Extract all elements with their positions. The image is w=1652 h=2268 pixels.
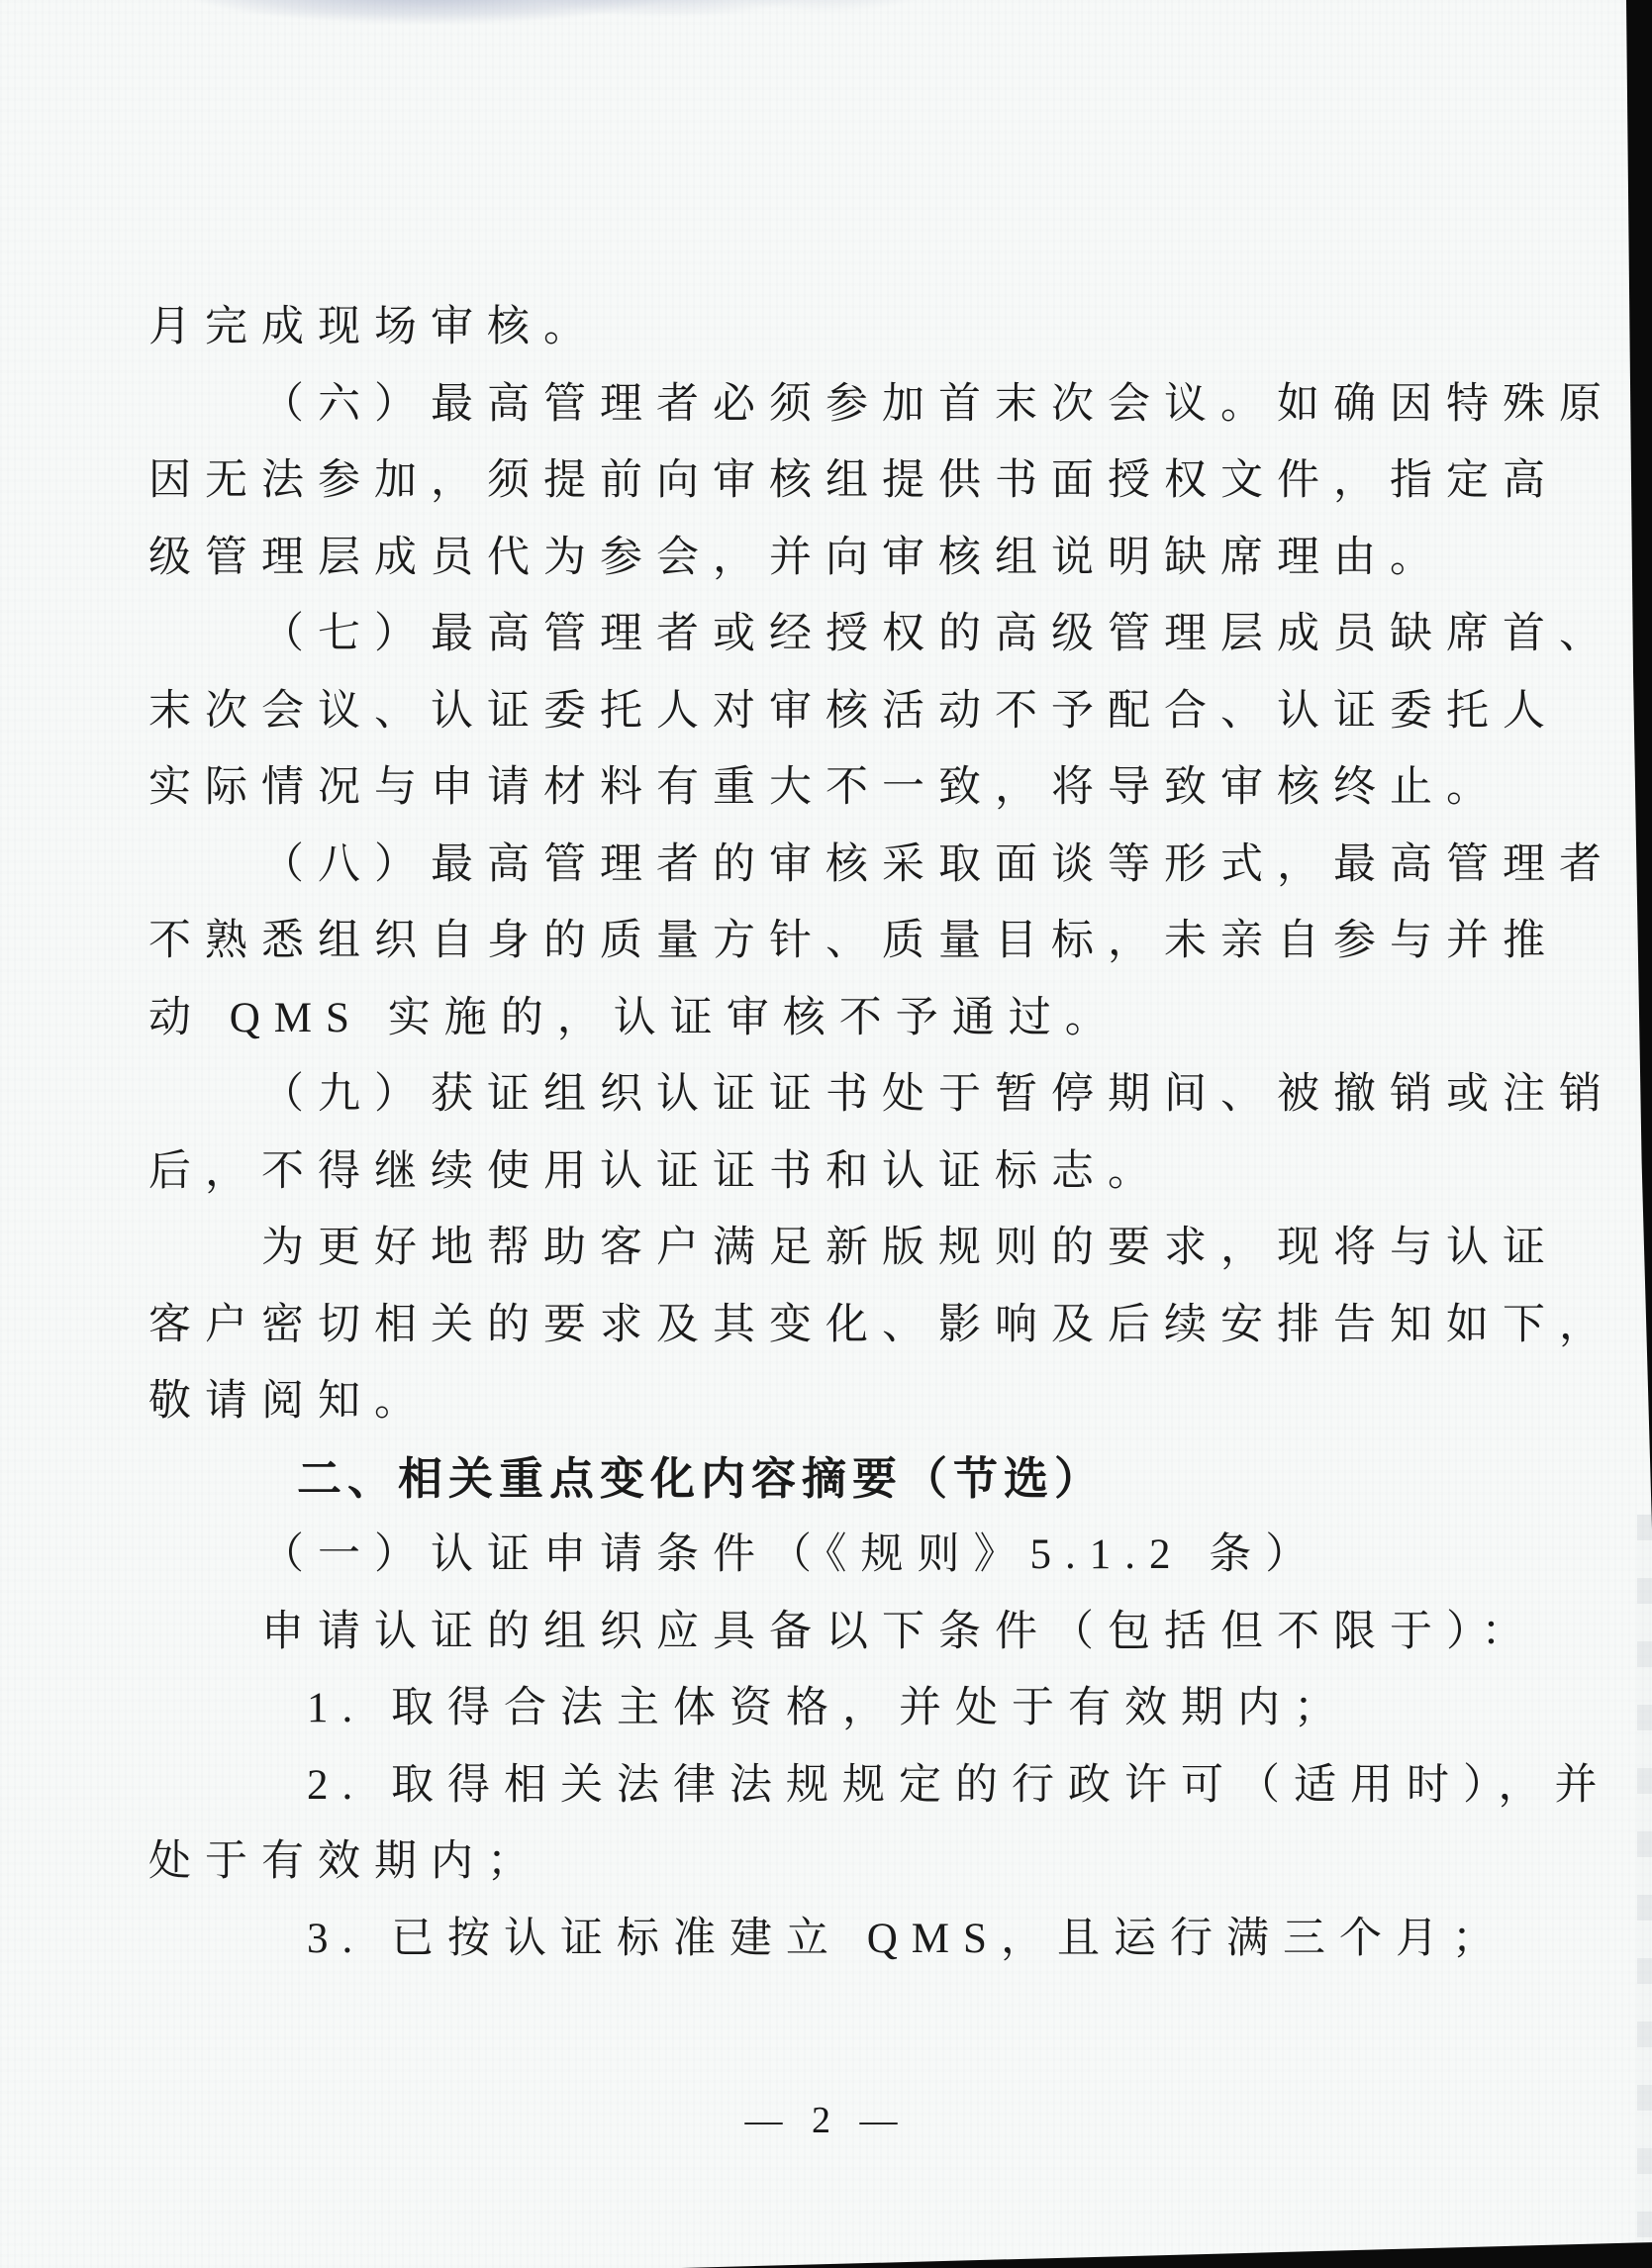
text-line-5: （七）最高管理者或经授权的高级管理层成员缺席首、: [148, 596, 1529, 673]
text-line-8: （八）最高管理者的审核采取面谈等形式，最高管理者: [148, 827, 1529, 904]
list-item-3: 3. 已按认证标准建立 QMS，且运行满三个月；: [148, 1901, 1529, 1978]
text-line-13: 为更好地帮助客户满足新版规则的要求，现将与认证: [148, 1210, 1529, 1287]
section-heading: 二、相关重点变化内容摘要（节选）: [148, 1440, 1529, 1518]
text-line-17: （一）认证申请条件（《规则》5.1.2 条）: [148, 1517, 1529, 1594]
text-line-6: 末次会议、认证委托人对审核活动不予配合、认证委托人: [148, 673, 1529, 750]
top-edge-smudge-artifact: [129, 0, 921, 36]
list-item-2: 2. 取得相关法律法规规定的行政许可（适用时），并: [148, 1747, 1529, 1824]
text-line-1: 月完成现场审核。: [148, 289, 1529, 366]
text-line-10: 动 QMS 实施的，认证审核不予通过。: [148, 980, 1529, 1057]
text-line-21: 处于有效期内；: [148, 1824, 1529, 1901]
text-line-15: 敬请阅知。: [148, 1363, 1529, 1440]
text-line-18: 申请认证的组织应具备以下条件（包括但不限于）：: [148, 1594, 1529, 1671]
document-text-block: 月完成现场审核。 （六）最高管理者必须参加首末次会议。如确因特殊原 因无法参加，…: [148, 289, 1529, 1977]
text-line-2: （六）最高管理者必须参加首末次会议。如确因特殊原: [148, 366, 1529, 444]
bottom-edge-scan-artifact: [681, 2241, 1652, 2268]
text-line-14: 客户密切相关的要求及其变化、影响及后续安排告知如下，: [148, 1287, 1529, 1364]
text-line-12: 后，不得继续使用认证证书和认证标志。: [148, 1134, 1529, 1211]
list-item-1: 1. 取得合法主体资格，并处于有效期内；: [148, 1670, 1529, 1747]
text-line-7: 实际情况与申请材料有重大不一致，将导致审核终止。: [148, 749, 1529, 827]
page-number: — 2 —: [0, 2091, 1652, 2150]
text-line-11: （九）获证组织认证证书处于暂停期间、被撤销或注销: [148, 1056, 1529, 1134]
right-edge-scan-artifact: [1626, 0, 1652, 1529]
text-line-9: 不熟悉组织自身的质量方针、质量目标，未亲自参与并推: [148, 903, 1529, 980]
text-line-4: 级管理层成员代为参会，并向审核组说明缺席理由。: [148, 520, 1529, 597]
scanned-document-page: { "document": { "colors": { "paper": "#f…: [0, 0, 1652, 2268]
text-line-3: 因无法参加，须提前向审核组提供书面授权文件，指定高: [148, 443, 1529, 520]
